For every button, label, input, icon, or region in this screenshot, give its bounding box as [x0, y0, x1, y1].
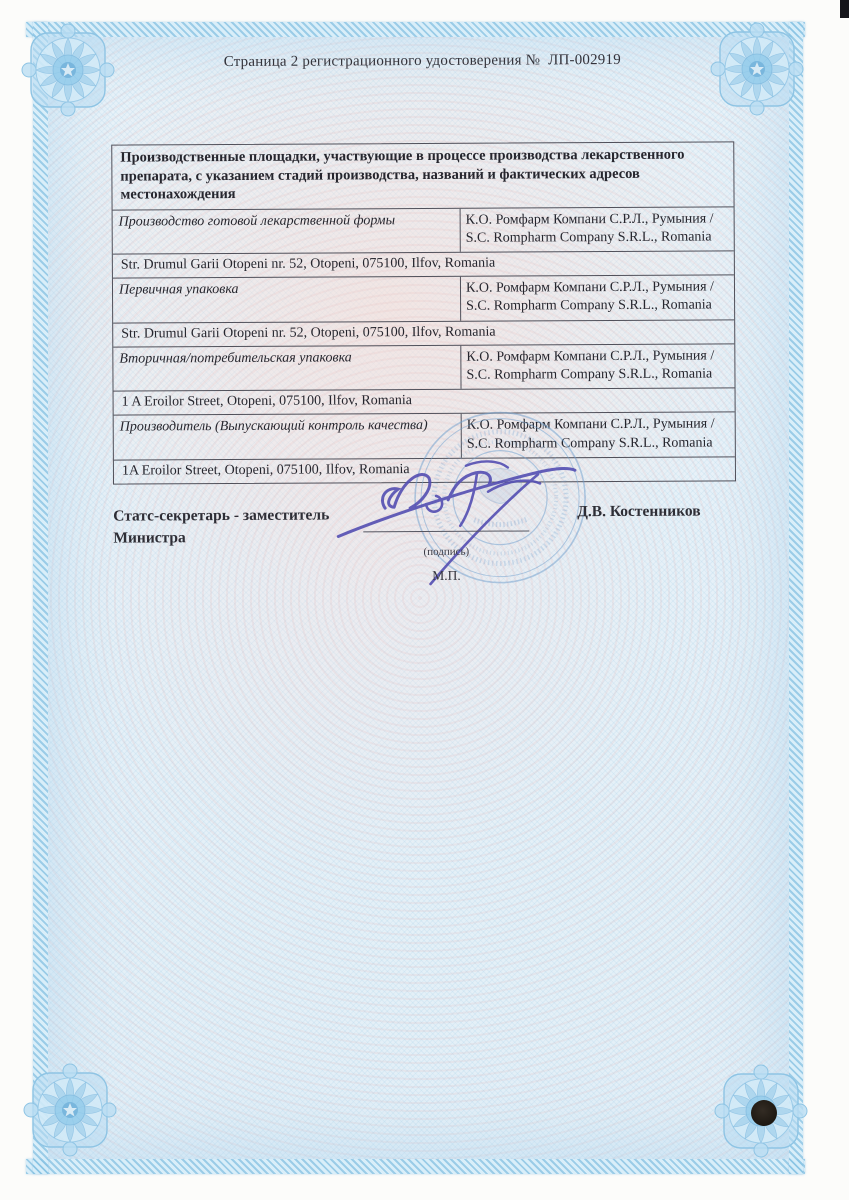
- hole-punch-dot: [751, 1100, 777, 1126]
- address-cell: Str. Drumul Garii Otopeni nr. 52, Otopen…: [113, 250, 734, 277]
- table-row: Производство готовой лекарственной формы…: [113, 206, 734, 254]
- manufacturer-line-ru: К.О. Ромфарм Компани С.Р.Л., Румыния /: [466, 279, 728, 299]
- certificate-page-scan: Страница 2 регистрационного удостоверени…: [0, 0, 849, 1200]
- signatory-position: Статс-секретарь - заместитель Министра: [113, 504, 393, 549]
- manufacturer-line-ru: К.О. Ромфарм Компани С.Р.Л., Румыния /: [466, 347, 728, 367]
- document-content: Страница 2 регистрационного удостоверени…: [0, 0, 849, 1200]
- table-row: Вторичная/потребительская упаковка К.О. …: [113, 343, 734, 391]
- stage-cell: Вторичная/потребительская упаковка: [113, 346, 460, 391]
- manufacturer-line-en: S.C. Rompharm Company S.R.L., Romania: [466, 365, 728, 385]
- manufacturer-cell: К.О. Ромфарм Компани С.Р.Л., Румыния / S…: [460, 344, 734, 389]
- manufacturer-cell: К.О. Ромфарм Компани С.Р.Л., Румыния / S…: [460, 276, 734, 321]
- manufacturer-cell: К.О. Ромфарм Компани С.Р.Л., Румыния / S…: [460, 207, 734, 252]
- manufacturer-line-en: S.C. Rompharm Company S.R.L., Romania: [466, 228, 728, 248]
- stage-cell: Первичная упаковка: [113, 277, 460, 322]
- signatory-name: Д.В. Костенников: [577, 503, 701, 522]
- position-line-2: Министра: [113, 526, 393, 549]
- page-title: Страница 2 регистрационного удостоверени…: [0, 51, 847, 72]
- position-line-1: Статс-секретарь - заместитель: [113, 504, 393, 527]
- signature-caption: (подпись): [363, 545, 529, 558]
- stage-cell: Производство готовой лекарственной формы: [113, 208, 460, 253]
- manufacturer-line-en: S.C. Rompharm Company S.R.L., Romania: [466, 297, 728, 317]
- manufacturer-line-ru: К.О. Ромфарм Компани С.Р.Л., Румыния /: [466, 210, 728, 230]
- scan-artifact-mark: [840, 0, 849, 18]
- seal-place-mark: М.П.: [363, 567, 529, 584]
- table-header-cell: Производственные площадки, участвующие в…: [112, 142, 733, 209]
- table-row: Первичная упаковка К.О. Ромфарм Компани …: [113, 275, 734, 323]
- address-cell: Str. Drumul Garii Otopeni nr. 52, Otopen…: [113, 319, 734, 346]
